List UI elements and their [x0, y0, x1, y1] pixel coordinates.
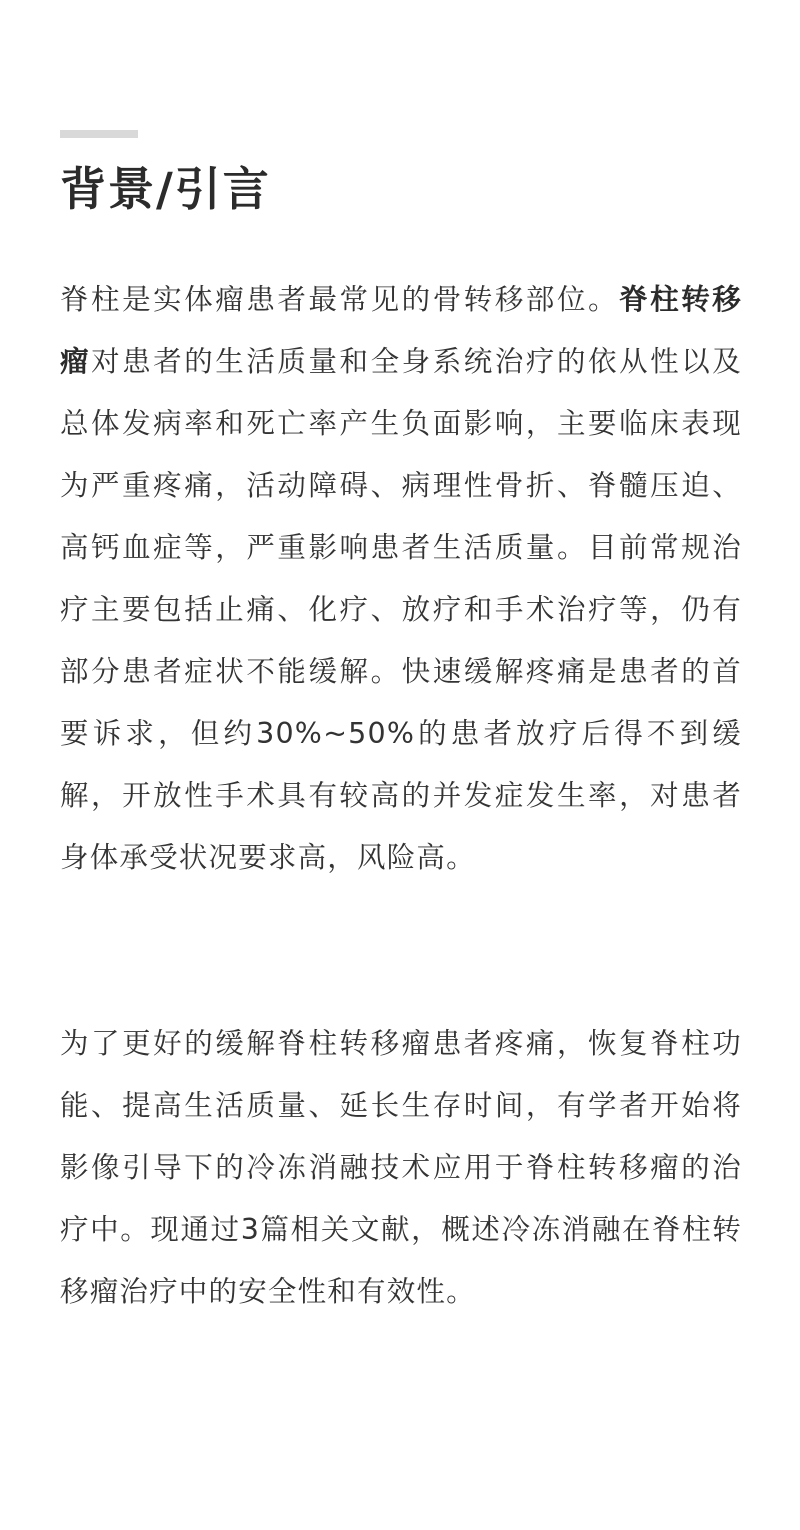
- section-title: 背景/引言: [60, 158, 271, 220]
- paragraph-lead-text: 脊柱是实体瘤患者最常见的骨转移部位。: [60, 283, 619, 316]
- paragraph-body-text: 对患者的生活质量和全身系统治疗的依从性以及总体发病率和死亡率产生负面影响，主要临…: [60, 345, 742, 874]
- section-accent-bar: [60, 130, 138, 138]
- intro-paragraph-2: 为了更好的缓解脊柱转移瘤患者疼痛，恢复脊柱功能、提高生活质量、延长生存时间，有学…: [60, 1013, 742, 1323]
- intro-paragraph-1: 脊柱是实体瘤患者最常见的骨转移部位。脊柱转移瘤对患者的生活质量和全身系统治疗的依…: [60, 269, 742, 889]
